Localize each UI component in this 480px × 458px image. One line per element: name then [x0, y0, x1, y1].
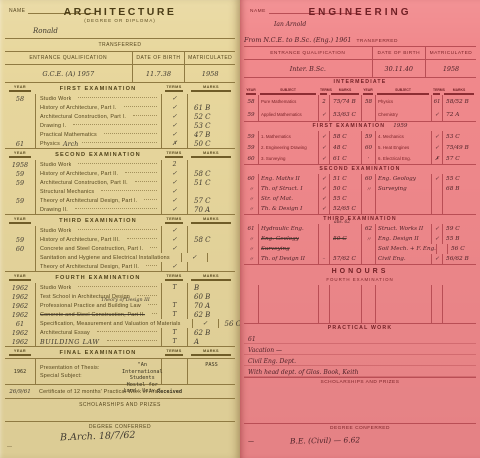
- architecture-card: Name ARCHITECTURE (DEGREE OR DIPLOMA) Ro…: [0, 0, 240, 458]
- subject-text: Pure Mathematics: [261, 99, 296, 104]
- section-title: FINAL EXAMINATION: [35, 350, 161, 356]
- terms-cell: [431, 184, 442, 194]
- marks-cell: 53 C: [187, 121, 235, 130]
- subject-cell: Architectural Essay: [35, 328, 161, 337]
- subject-text: 1. Mathematics: [261, 134, 291, 139]
- section-header: YEAR THIRD EXAMINATION TERMS MARKS: [5, 215, 235, 226]
- architecture-card-header: Name ARCHITECTURE (DEGREE OR DIPLOMA) Ro…: [5, 0, 235, 39]
- terms-cell: ✓: [431, 254, 442, 264]
- entrance-qualification-label: ENTRANCE QUALIFICATION: [244, 47, 372, 60]
- marks-value: A: [194, 338, 199, 346]
- year-cell: 59: [5, 236, 35, 244]
- marks-cell: 56 C: [218, 319, 240, 328]
- terms-cell: [318, 234, 329, 244]
- subject-cell: PhysicsArch: [35, 139, 161, 148]
- thesis-title-line2: Hostel for Lond. Univ.": [124, 382, 161, 395]
- year-colhead: YEAR: [9, 217, 31, 224]
- title-handwritten-note: 1959: [393, 123, 407, 129]
- marks-cell: 55 B: [442, 234, 476, 244]
- marks-cell: 50 C: [329, 234, 361, 244]
- terms-cell: ✓: [161, 169, 187, 178]
- year-cell: 1962: [5, 338, 35, 346]
- subject-cell: Th. & Design I: [258, 204, 318, 214]
- section-title: FIRST EXAMINATION: [35, 86, 161, 92]
- third-examination-section: YEAR THIRD EXAMINATION TERMS MARKS Studi…: [5, 215, 235, 272]
- year-cell: 1958: [5, 161, 35, 169]
- practical-work-handwriting-line: Vacation —: [244, 344, 476, 355]
- transferred-row: TRANSFERRED: [5, 39, 235, 52]
- year-cell: ·: [361, 153, 375, 164]
- marks-colhead: MARKS: [444, 88, 474, 95]
- marks-cell: 52 C: [187, 112, 235, 121]
- first-examination-section: FIRST EXAMINATION1959 59 1. Mathematics …: [244, 122, 476, 165]
- empty-cell: [431, 285, 442, 323]
- subject-text: Surveying: [378, 186, 407, 192]
- marks-cell: [187, 187, 235, 196]
- subject-cell: History of Architecture, Part I.: [35, 103, 161, 112]
- exam-row: 〃 Str. of Mat. ✓ 55 C: [244, 194, 476, 204]
- terms-cell: ✓: [431, 108, 442, 121]
- exam-row: 61 Hydraulic Eng. abs. 62 62 Struct. Wor…: [244, 224, 476, 234]
- year-cell: 58: [244, 95, 258, 108]
- year-cell: 60: [5, 245, 35, 253]
- corner-mark: —: [7, 444, 12, 450]
- subject-text: History of Architecture, Part I.: [40, 105, 117, 111]
- marks-colhead: MARKS: [191, 217, 231, 224]
- marks-colhead: MARKS: [331, 88, 359, 95]
- third-examination-section: THIRD EXAMINATION 61 Hydraulic Eng. abs.…: [244, 215, 476, 265]
- scholarships-label: SCHOLARSHIPS AND PRIZES: [321, 380, 400, 385]
- exam-row: 60 3. Surveying ✓ 61 C · 6. Electrical E…: [244, 153, 476, 164]
- terms-cell: ✓: [161, 226, 187, 235]
- year-cell: 59: [244, 108, 258, 121]
- marks-cell: 57 C: [187, 196, 235, 205]
- subject-text: Chemistry: [378, 112, 398, 117]
- marks-colhead: MARKS: [191, 274, 231, 281]
- section-title: SECOND EXAMINATION: [35, 152, 161, 158]
- fourth-examination-section: YEAR FOURTH EXAMINATION TERMS MARKS 1962…: [5, 272, 235, 347]
- exam-row: 1962 Concrete and Steel Construction, Pa…: [5, 310, 235, 319]
- subject-cell: Concrete and Steel Construction, Part II…: [35, 310, 161, 319]
- subject-text: Theory of Architectural Design, Part I.: [40, 198, 137, 204]
- exam-row: 〃 Th. of Struct. I ✓ 50 C 〃 Surveying 68…: [244, 184, 476, 194]
- year-cell: 〃: [361, 184, 375, 194]
- empty-cell: [375, 285, 431, 323]
- marks-value: 62 B: [194, 311, 210, 319]
- degree-conferred-handwriting: B.Arch. 18/7/62: [60, 430, 136, 444]
- subject-text: Eng. Geology: [261, 236, 299, 242]
- subject-cell: Eng. Geology: [375, 174, 431, 184]
- terms-colhead: TERMS: [165, 274, 183, 281]
- practical-work-title: PRACTICAL WORK: [244, 324, 476, 333]
- marks-cell: [442, 204, 476, 214]
- subject-cell: 6. Electrical Eng.: [375, 153, 431, 164]
- marks-value: 61 B: [194, 104, 210, 112]
- dotted-leader: [135, 181, 157, 182]
- subject-text: Concrete and Steel Construction, Part II…: [40, 312, 145, 318]
- dotted-leader: [148, 304, 157, 305]
- section-title: THIRD EXAMINATION: [35, 218, 161, 224]
- terms-cell: ✓: [431, 234, 442, 244]
- terms-cell: T: [161, 283, 187, 292]
- marks-value: 60 B: [194, 293, 210, 301]
- subject-text: Sanitation and Hygiene and Electrical In…: [40, 255, 170, 261]
- terms-cell: ✓: [192, 319, 218, 328]
- marks-cell: 75/49 B: [442, 142, 476, 153]
- subject-cell: Chemistry: [375, 108, 431, 121]
- section-title-text: FIRST EXAMINATION: [312, 123, 385, 129]
- subject-cell: Architectural Construction, Part II.: [35, 178, 161, 187]
- certificate-date: 26/9/61: [5, 389, 35, 395]
- subject-cell: Structural Mechanics: [35, 187, 161, 196]
- practical-work-handwriting-line: 61: [244, 333, 476, 344]
- year-cell: 62: [361, 224, 375, 234]
- subject-text: Civil Eng.: [378, 256, 406, 262]
- marks-value: B: [194, 284, 199, 292]
- marks-cell: 53/63 C: [329, 108, 361, 121]
- honours-empty-grid: [244, 285, 476, 323]
- subject-cell: [375, 204, 431, 214]
- exam-row: 58 Pure Mathematics 2 75/74 B 58 Physics…: [244, 95, 476, 108]
- exam-row: 59 1. Mathematics ✓ 58 C 59 4. Mechanics…: [244, 131, 476, 142]
- subject-text: Soil Mech. + F. Eng.: [378, 246, 436, 252]
- subject-cell: Studio Work: [35, 94, 161, 103]
- entrance-qualification-value: Inter. B.Sc.: [244, 60, 372, 77]
- subject-text: Concrete and Steel Construction, Part I.: [40, 246, 143, 252]
- section-title: FIRST EXAMINATION1959: [244, 122, 476, 131]
- marks-value: 70 A: [194, 302, 210, 310]
- exam-row: Structural Mechanics ✓: [5, 187, 235, 196]
- dotted-leader: [73, 124, 157, 125]
- marks-value: 53/63 C: [333, 112, 356, 118]
- terms-cell: ✓: [161, 262, 187, 271]
- dotted-leader: [150, 247, 157, 248]
- terms-colhead: TERMS: [165, 151, 183, 158]
- terms-cell: ✓: [318, 194, 329, 204]
- subject-cell: Studio Work: [35, 283, 161, 292]
- subject-cell: Theory of Architectural Design, Part I.: [35, 196, 161, 205]
- subject-cell: 2. Engineering Drawing: [258, 142, 318, 153]
- year-cell: 1962: [5, 302, 35, 310]
- marks-colhead: MARKS: [191, 151, 231, 158]
- marks-cell: 57 C: [442, 153, 476, 164]
- subject-cell: Hydraulic Eng.: [258, 224, 318, 234]
- terms-cell: ✓: [161, 130, 187, 139]
- terms-cell: [318, 244, 329, 254]
- dotted-leader: [146, 265, 157, 266]
- transfer-note-handwriting: From N.C.E. to B.Sc. (Eng.) 1961: [244, 36, 351, 44]
- subject-cell: Surveying: [258, 244, 318, 254]
- year-cell: 〃: [244, 194, 258, 204]
- year-cell: 59: [5, 170, 35, 178]
- terms-cell: ✓: [161, 235, 187, 244]
- entrance-table: ENTRANCE QUALIFICATION Inter. B.Sc. DATE…: [244, 47, 476, 78]
- intermediate-section: INTERMEDIATE YEAR SUBJECT TERMS MARKS YE…: [244, 78, 476, 122]
- exam-row: 58 Studio Work ✓: [5, 94, 235, 103]
- terms-cell-empty: [161, 359, 187, 384]
- marks-cell: 51 C: [187, 178, 235, 187]
- marks-value: 58 C: [194, 236, 211, 244]
- subject-cell: Surveying: [375, 184, 431, 194]
- marks-value: 53 C: [194, 122, 211, 130]
- marks-value: 50 C: [333, 186, 347, 192]
- marks-value: 58 C: [194, 170, 211, 178]
- terms-cell: –: [318, 254, 329, 264]
- card-title: ENGINEERING: [244, 7, 476, 18]
- subject-cell: Pure Mathematics: [258, 95, 318, 108]
- terms-cell: ✓: [318, 131, 329, 142]
- terms-cell: ✓: [161, 178, 187, 187]
- matriculated-col: MATRICULATED 1958: [184, 52, 235, 82]
- certificate-status: Received: [157, 389, 235, 395]
- year-cell: [361, 204, 375, 214]
- thesis-labels: Presentation of Thesis: Special Subject:…: [35, 359, 161, 384]
- marks-cell: 51 C: [329, 174, 361, 184]
- marks-note: abs. 62: [334, 220, 350, 225]
- subject-cell: Practical Mathematics: [35, 130, 161, 139]
- marks-cell: [187, 160, 235, 169]
- exam-row: 59 Applied Mathematics ✓ 53/63 C Chemist…: [244, 108, 476, 121]
- marks-cell: [187, 94, 235, 103]
- marks-cell: 72 A: [442, 108, 476, 121]
- subject-text: Th. & Design I: [261, 206, 302, 212]
- marks-cell: 58/52 B: [442, 95, 476, 108]
- dotted-leader: [82, 142, 157, 143]
- marks-value: 50 C: [333, 236, 347, 242]
- year-cell: 〃: [361, 234, 375, 244]
- exam-row: 61 Specification, Measurement and Valuat…: [5, 319, 235, 328]
- terms-cell: 2: [161, 160, 187, 169]
- student-name-handwriting: Ian Arnold: [274, 21, 306, 28]
- terms-cell: T: [161, 301, 187, 310]
- marks-cell: 57/62 C: [329, 254, 361, 264]
- terms-cell: ✓: [318, 174, 329, 184]
- year-cell: 61: [5, 320, 35, 328]
- dotted-leader: [101, 190, 157, 191]
- year-cell: 61: [5, 140, 35, 148]
- subject-cell: Eng. Design II: [375, 234, 431, 244]
- terms-cell: ✓: [161, 121, 187, 130]
- year-cell: 58: [5, 95, 35, 103]
- exam-row: 60 Concrete and Steel Construction, Part…: [5, 244, 235, 253]
- year-cell: 59: [5, 197, 35, 205]
- terms-cell: ✓: [161, 103, 187, 112]
- dotted-leader: [78, 97, 157, 98]
- subject-text: Physics: [40, 141, 60, 147]
- subject-text: Architectural Construction, Part II.: [40, 180, 128, 186]
- marks-cell: 58 C: [329, 131, 361, 142]
- exam-row: 59 Architectural Construction, Part II. …: [5, 178, 235, 187]
- exam-row: 〃 Th. of Design II – 57/62 C Civil Eng. …: [244, 254, 476, 264]
- date-of-birth-label: DATE OF BIRTH: [373, 47, 425, 60]
- transfer-note-row: From N.C.E. to B.Sc. (Eng.) 1961 TRANSFE…: [244, 30, 476, 47]
- marks-cell: 68 B: [442, 184, 476, 194]
- section-header: YEAR FOURTH EXAMINATION TERMS MARKS: [5, 272, 235, 283]
- terms-colhead: TERMS: [165, 85, 183, 92]
- subject-text: 2. Engineering Drawing: [261, 145, 307, 150]
- year-colhead: YEAR: [9, 274, 31, 281]
- section-header: YEAR FIRST EXAMINATION TERMS MARKS: [5, 83, 235, 94]
- thesis-title-line1: "An International Students: [122, 362, 163, 381]
- year-cell: 〃: [244, 184, 258, 194]
- terms-colhead: TERMS: [165, 217, 183, 224]
- exam-row: Drawing II. ✓ 70 A: [5, 205, 235, 214]
- terms-cell: [431, 204, 442, 214]
- exam-row: Drawing I. ✓ 53 C: [5, 121, 235, 130]
- empty-cell: [442, 285, 476, 323]
- subject-colhead: SUBJECT: [260, 88, 316, 95]
- year-cell: [361, 194, 375, 204]
- marks-cell: 58 C: [187, 235, 235, 244]
- subject-cell: 4. Mechanics: [375, 131, 431, 142]
- marks-value: 51 C: [194, 179, 211, 187]
- exam-row: 1958 Studio Work 2: [5, 160, 235, 169]
- year-cell: 〃: [244, 204, 258, 214]
- exam-row: 〃 Th. & Design I ✓ 52/65 C: [244, 204, 476, 214]
- subject-cell: [375, 194, 431, 204]
- marks-value: 58 C: [333, 134, 347, 140]
- exam-row: 60 Eng. Maths II ✓ 51 C 60 Eng. Geology …: [244, 174, 476, 184]
- subject-text: 6. Electrical Eng.: [378, 156, 411, 161]
- terms-cell: ✓: [318, 153, 329, 164]
- scholarships-label: SCHOLARSHIPS AND PRIZES: [79, 402, 161, 408]
- dotted-leader: [75, 208, 157, 209]
- subject-cell: Sanitation and Hygiene and Electrical In…: [35, 253, 181, 262]
- marks-cell: 75/74 B: [329, 95, 361, 108]
- subject-text: Specification, Measurement and Valuation…: [40, 321, 181, 327]
- year-cell: [361, 254, 375, 264]
- subject-text: Hydraulic Eng.: [261, 226, 304, 232]
- section-title: THIRD EXAMINATION: [244, 215, 476, 224]
- practical-work-section: PRACTICAL WORK 61 Vacation — Civil Eng. …: [244, 324, 476, 378]
- year-cell: 〃: [244, 244, 258, 254]
- subject-text: Practical Mathematics: [40, 132, 97, 138]
- subject-text: History of Architecture, Part II.: [40, 171, 118, 177]
- year-cell: 〃: [244, 254, 258, 264]
- subject-text: Structural Mechanics: [40, 189, 94, 195]
- dotted-leader: [107, 340, 157, 341]
- exam-row: 〃 Surveying Soil Mech. + F. Eng. 56 C: [244, 244, 476, 254]
- subject-text: 3. Surveying: [261, 156, 285, 161]
- subject-cell: Drawing II.: [35, 205, 161, 214]
- dotted-leader: [144, 199, 157, 200]
- terms-cell: ✓: [318, 142, 329, 153]
- terms-cell: ✓: [161, 112, 187, 121]
- entrance-qualification-label: ENTRANCE QUALIFICATION: [5, 52, 132, 65]
- exam-row: 1962 Studio Work T B: [5, 283, 235, 292]
- handwritten-note: Theory of Design III: [101, 298, 150, 303]
- marks-cell: 70 A: [187, 301, 235, 310]
- terms-cell: ✓: [431, 131, 442, 142]
- year-colhead: YEAR: [363, 88, 373, 95]
- year-cell: 60: [361, 174, 375, 184]
- second-examination-section: SECOND EXAMINATION 60 Eng. Maths II ✓ 51…: [244, 165, 476, 215]
- marks-value: 75/74 B: [333, 99, 356, 105]
- exam-row: 59 Theory of Architectural Design, Part …: [5, 196, 235, 205]
- scholarships-section: SCHOLARSHIPS AND PRIZES: [244, 378, 476, 424]
- subject-cell: 1. Mathematics: [258, 131, 318, 142]
- subject-text: Studio Work: [40, 96, 71, 102]
- terms-cell: 2: [318, 95, 329, 108]
- dotted-leader: [97, 331, 157, 332]
- degree-conferred-label: DEGREE CONFERRED: [244, 426, 476, 431]
- terms-cell: ✓: [318, 204, 329, 214]
- entrance-table: ENTRANCE QUALIFICATION G.C.E. (A) 1957 D…: [5, 52, 235, 83]
- subject-text: History of Architecture, Part III.: [40, 237, 120, 243]
- subject-text: Theory of Architectural Design, Part II.: [40, 264, 139, 270]
- empty-cell: [258, 285, 318, 323]
- dotted-leader: [133, 115, 157, 116]
- subject-cell: Struct. Works II: [375, 224, 431, 234]
- section-title: SECOND EXAMINATION: [244, 165, 476, 174]
- subject-cell: Architectural Construction, Part I.: [35, 112, 161, 121]
- exam-row: Architectural Construction, Part I. ✓ 52…: [5, 112, 235, 121]
- matriculated-label: MATRICULATED: [185, 52, 235, 65]
- subject-text: BUILDING LAW: [40, 338, 100, 346]
- terms-cell: [318, 224, 329, 234]
- matriculated-label: MATRICULATED: [426, 47, 476, 60]
- subject-text: Architectural Essay: [40, 330, 90, 336]
- exam-row: 1962 BUILDING LAW T A: [5, 337, 235, 346]
- exam-row: 61 PhysicsArch ✗ 50 C: [5, 139, 235, 148]
- terms-colhead: TERMS: [433, 88, 440, 95]
- subject-text: Str. of Mat.: [261, 196, 293, 202]
- terms-cell: ✓: [161, 187, 187, 196]
- section-header: YEAR SECOND EXAMINATION TERMS MARKS: [5, 149, 235, 160]
- year-colhead: YEAR: [9, 349, 31, 356]
- matriculated-value: 1958: [426, 60, 476, 77]
- degree-conferred-handwriting: B.E. (Civil) — 6.62: [290, 435, 360, 445]
- matriculated-col: MATRICULATED 1958: [425, 47, 476, 77]
- subject-cell: Professional Practice and Building LawTh…: [35, 301, 161, 310]
- subject-cell: Str. of Mat.: [258, 194, 318, 204]
- dotted-leader: [78, 229, 157, 230]
- subject-cell: Civil Eng.: [375, 254, 431, 264]
- honours-subtitle: FOURTH EXAMINATION: [244, 277, 476, 285]
- exam-row: Theory of Architectural Design, Part II.…: [5, 262, 235, 271]
- subject-text: Th. of Design II: [261, 256, 305, 262]
- marks-value: 61 C: [333, 156, 347, 162]
- terms-cell: ✓: [318, 184, 329, 194]
- practical-work-certificate-row: 26/9/61 Certificate of 12 months' Practi…: [5, 384, 235, 398]
- dotted-leader: [137, 295, 157, 296]
- year-cell: 58: [361, 95, 375, 108]
- exam-row: Sanitation and Hygiene and Electrical In…: [5, 253, 235, 262]
- marks-cell: [207, 253, 240, 262]
- entrance-qualification-value: G.C.E. (A) 1957: [5, 65, 132, 82]
- year-colhead: YEAR: [9, 85, 31, 92]
- subject-text: Applied Mathematics: [261, 112, 302, 117]
- practical-work-handwriting-line: With head dept. of Glos. Book, Keith: [244, 366, 476, 377]
- marks-value: 56 C: [225, 320, 240, 328]
- marks-cell: 62 B: [187, 328, 235, 337]
- year-cell: [361, 108, 375, 121]
- terms-cell: ✗: [161, 139, 187, 148]
- date-of-birth-col: DATE OF BIRTH 30.11.40: [372, 47, 425, 77]
- thesis-row: 1962 Presentation of Thesis: Special Sub…: [5, 358, 235, 384]
- dotted-leader: [152, 313, 157, 314]
- entrance-qualification-col: ENTRANCE QUALIFICATION G.C.E. (A) 1957: [5, 52, 132, 82]
- terms-colhead: TERMS: [320, 88, 327, 95]
- thesis-year: 1962: [5, 359, 35, 384]
- terms-cell: ✓: [161, 94, 187, 103]
- transferred-label: TRANSFERRED: [356, 39, 397, 44]
- subject-cell: Physics: [375, 95, 431, 108]
- marks-colhead: MARKS: [191, 85, 231, 92]
- subject-cell: History of Architecture, Part II.: [35, 169, 161, 178]
- subject-colhead: SUBJECT: [377, 88, 429, 95]
- subject-cell: History of Architecture, Part III.: [35, 235, 161, 244]
